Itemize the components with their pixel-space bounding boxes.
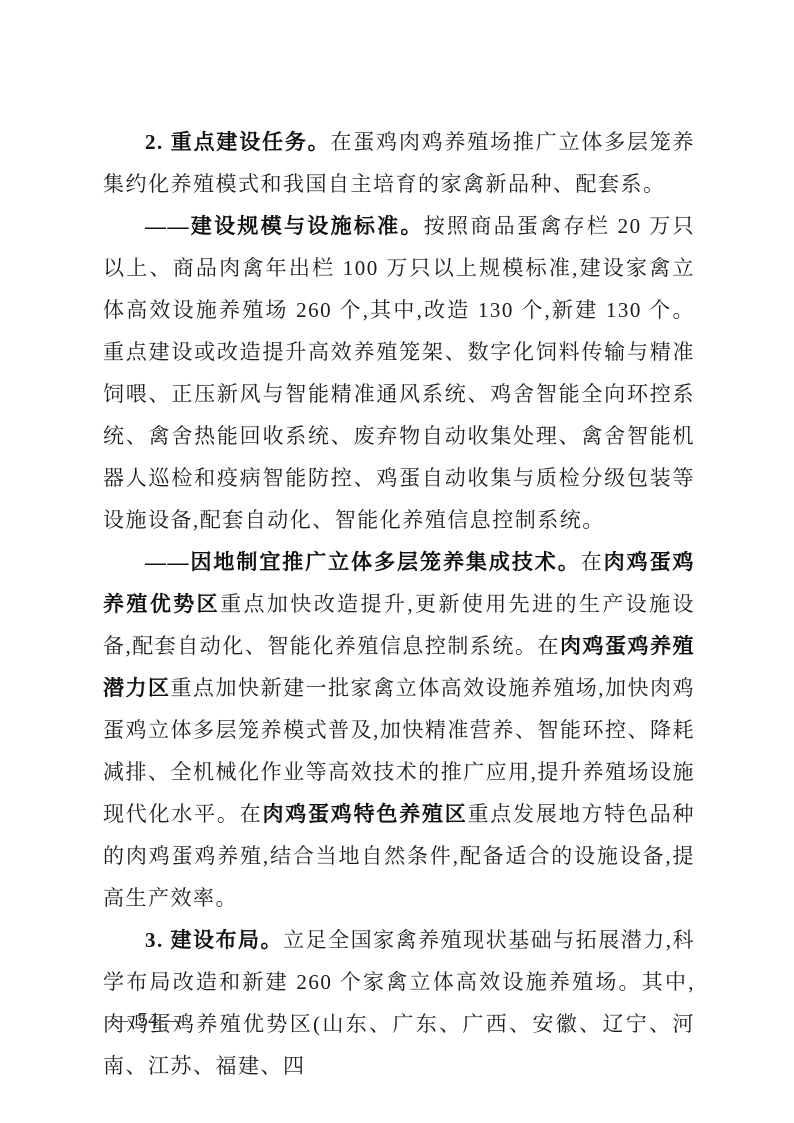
- text-run: 在: [581, 550, 604, 574]
- paragraph-key-construction-tasks: 2. 重点建设任务。在蛋鸡肉鸡养殖场推广立体多层笼养集约化养殖模式和我国自主培育…: [103, 121, 695, 205]
- footer-left-dash: —: [108, 1005, 128, 1035]
- page-number: 54: [138, 1005, 158, 1035]
- bold-run: 2. 重点建设任务。: [145, 130, 330, 154]
- text-run: 按照商品蛋禽存栏 20 万只以上、商品肉禽年出栏 100 万只以上规模标准,建设…: [103, 214, 695, 532]
- paragraph-multilayer-cage-technology: ——因地制宜推广立体多层笼养集成技术。在肉鸡蛋鸡养殖优势区重点加快改造提升,更新…: [103, 541, 695, 919]
- bold-run: 肉鸡蛋鸡特色养殖区: [262, 802, 467, 826]
- bold-run: ——建设规模与设施标准。: [145, 214, 424, 238]
- page-footer: — 54 —: [108, 1005, 188, 1035]
- paragraph-construction-layout: 3. 建设布局。立足全国家禽养殖现状基础与拓展潜力,科学布局改造和新建 260 …: [103, 919, 695, 1087]
- bold-run: ——因地制宜推广立体多层笼养集成技术。: [145, 550, 581, 574]
- document-body: 2. 重点建设任务。在蛋鸡肉鸡养殖场推广立体多层笼养集约化养殖模式和我国自主培育…: [103, 121, 695, 1087]
- document-page: 2. 重点建设任务。在蛋鸡肉鸡养殖场推广立体多层笼养集约化养殖模式和我国自主培育…: [0, 0, 794, 1123]
- footer-right-dash: —: [168, 1005, 188, 1035]
- paragraph-construction-scale-standards: ——建设规模与设施标准。按照商品蛋禽存栏 20 万只以上、商品肉禽年出栏 100…: [103, 205, 695, 541]
- bold-run: 3. 建设布局。: [145, 928, 283, 952]
